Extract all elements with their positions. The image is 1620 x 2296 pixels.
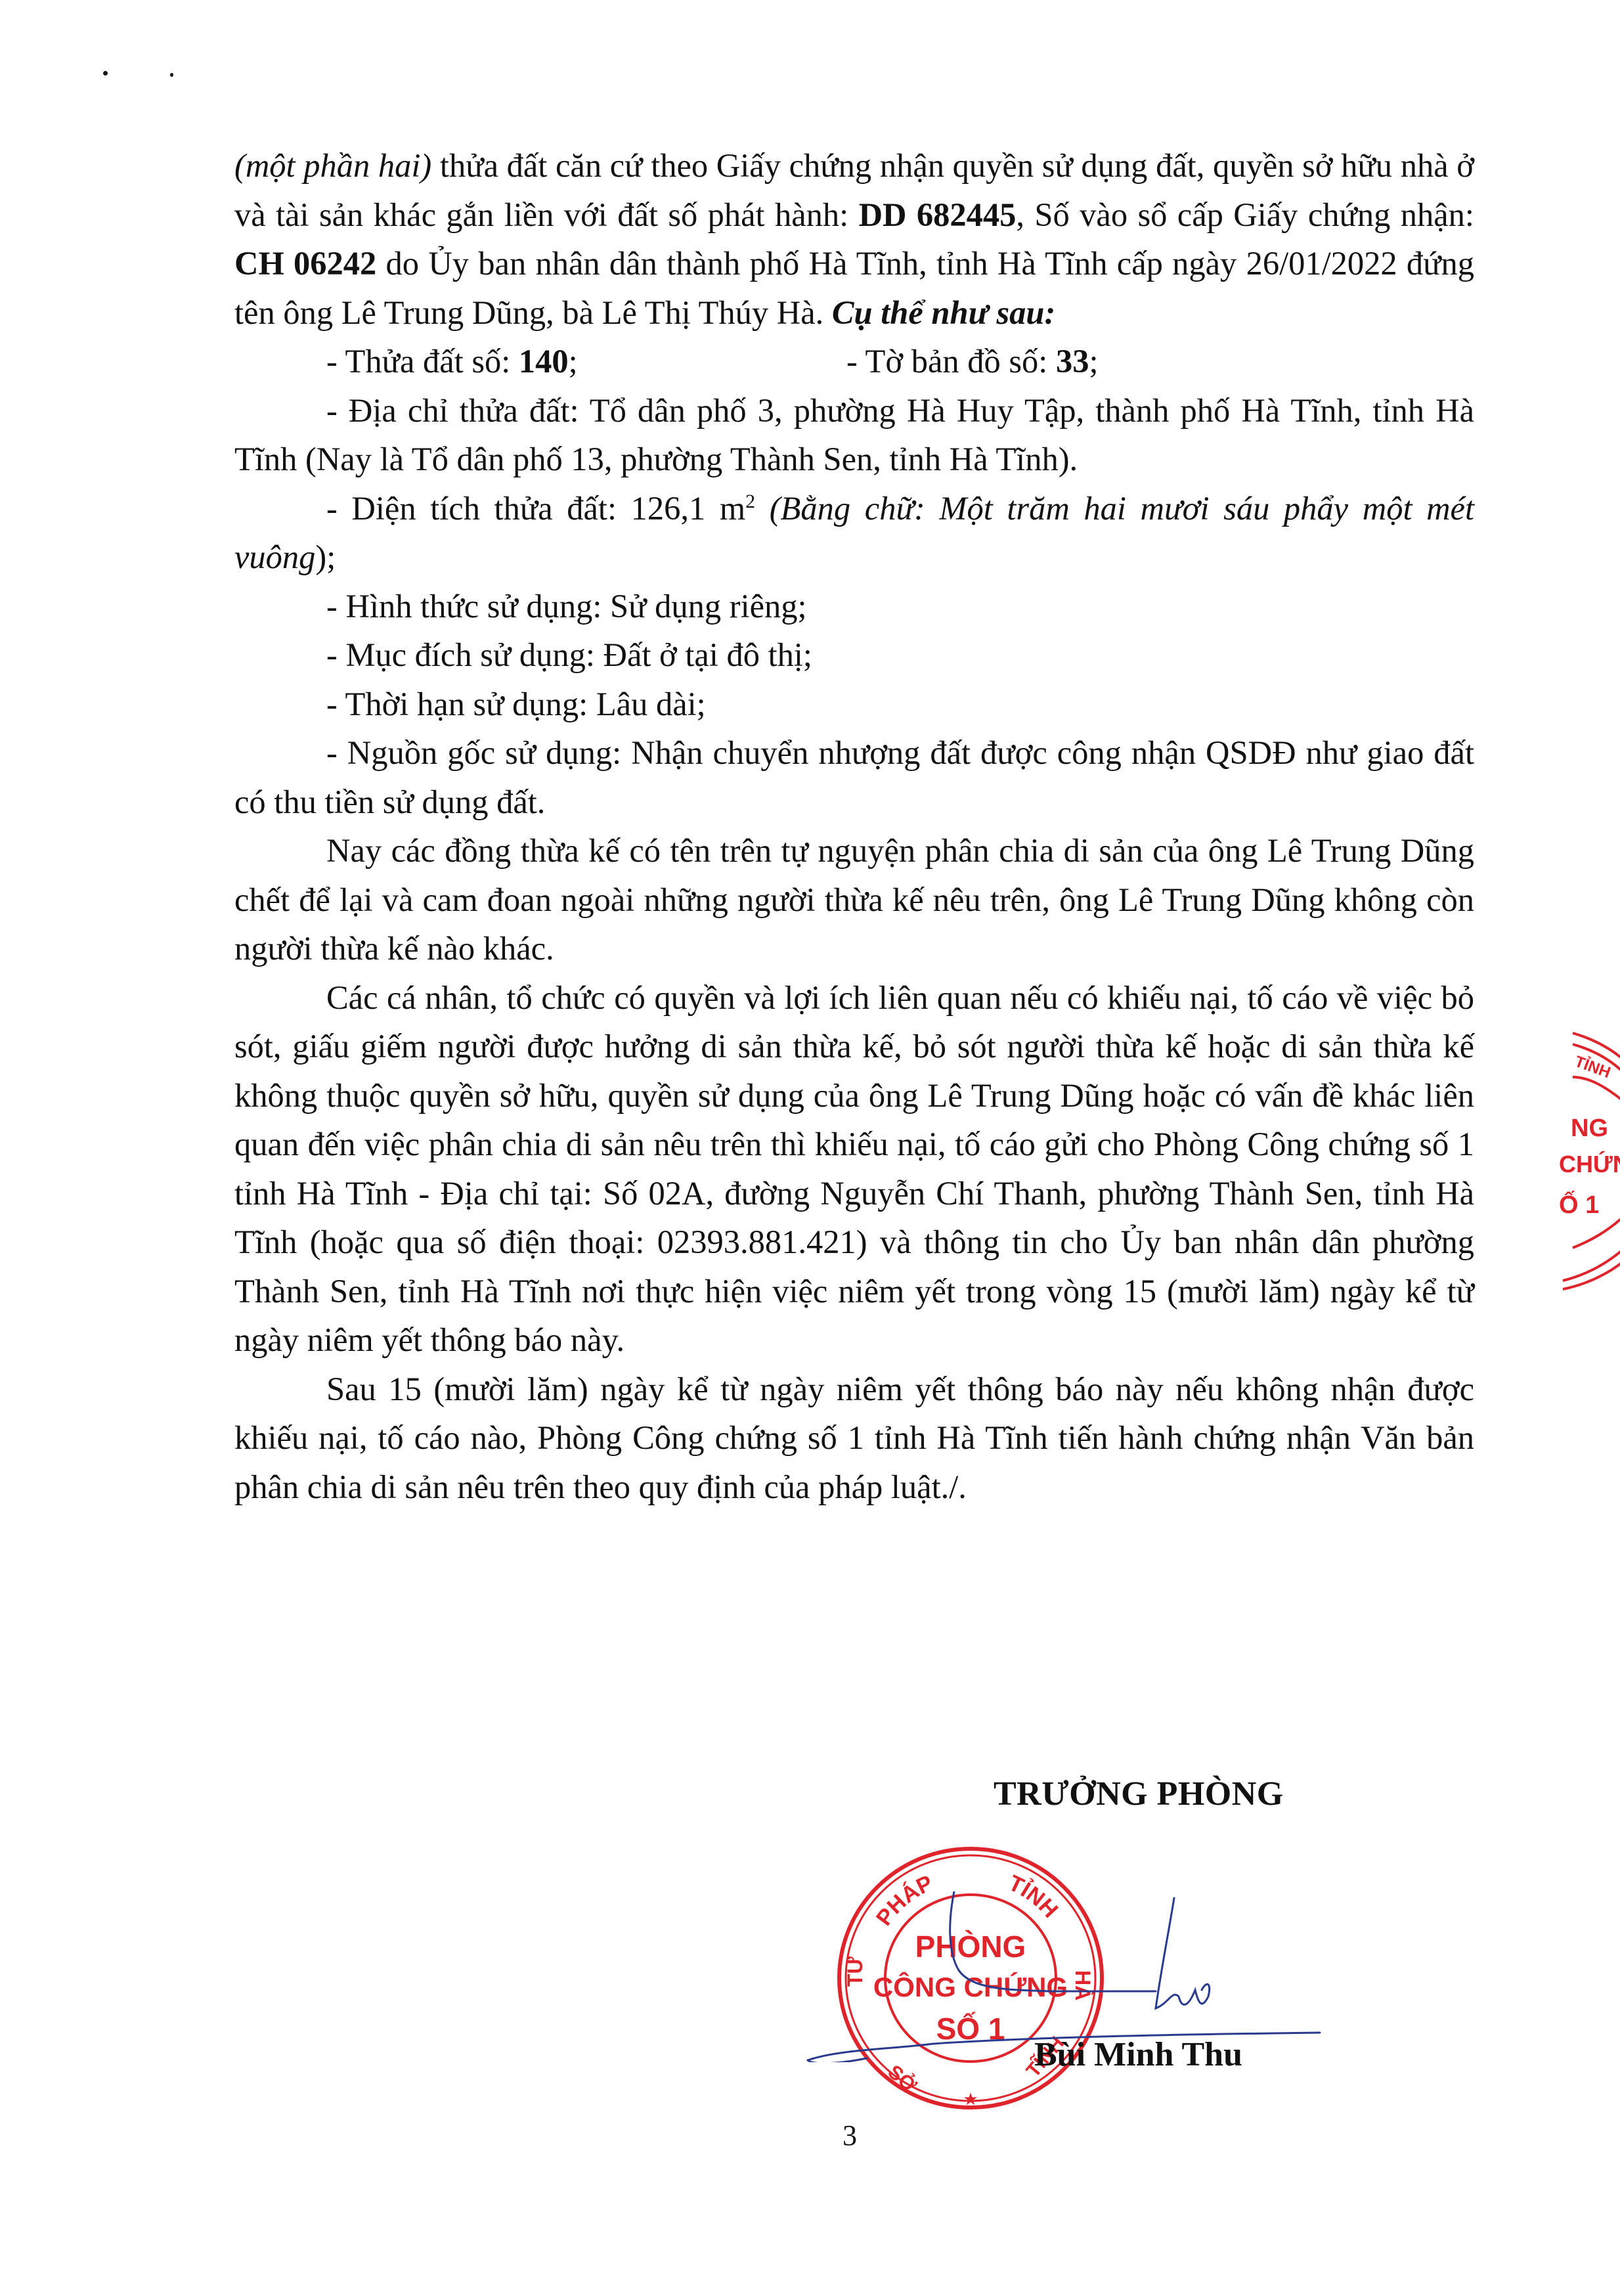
scan-speck	[103, 71, 108, 76]
svg-text:★: ★	[963, 2089, 978, 2109]
use-term: - Thời hạn sử dụng: Lâu dài;	[234, 680, 1474, 729]
complaints-paragraph: Các cá nhân, tổ chức có quyền và lợi ích…	[234, 973, 1474, 1365]
signer-title: TRƯỞNG PHÒNG	[994, 1775, 1284, 1813]
closing-paragraph: Sau 15 (mười lăm) ngày kể từ ngày niêm y…	[234, 1365, 1474, 1512]
signer-name: Bùi Minh Thu	[1034, 2035, 1242, 2074]
parcel-area: - Diện tích thửa đất: 126,1 m2 (Bằng chữ…	[234, 484, 1474, 582]
heirs-paragraph: Nay các đồng thừa kế có tên trên tự nguy…	[234, 826, 1474, 973]
svg-text:SỞ: SỞ	[884, 2060, 921, 2097]
certificate-serial: DD 682445	[859, 196, 1017, 233]
page-number: 3	[843, 2119, 857, 2152]
document-body: (một phần hai) thửa đất căn cứ theo Giấy…	[234, 141, 1474, 1511]
certificate-book-number: CH 06242	[234, 245, 376, 282]
parcel-map-row: - Thửa đất số: 140; - Tờ bản đồ số: 33;	[234, 337, 1474, 386]
certificate-paragraph: (một phần hai) thửa đất căn cứ theo Giấy…	[234, 141, 1474, 337]
side-stamp-fragment: TỈNH NG CHỨN Ố 1	[1556, 1015, 1620, 1304]
use-form: - Hình thức sử dụng: Sử dụng riêng;	[234, 582, 1474, 631]
scan-speck	[170, 73, 173, 77]
use-purpose: - Mục đích sử dụng: Đất ở tại đô thị;	[234, 630, 1474, 680]
parcel-address: - Địa chỉ thửa đất: Tổ dân phố 3, phường…	[234, 386, 1474, 484]
svg-text:Ố 1: Ố 1	[1559, 1189, 1599, 1219]
svg-text:NG: NG	[1571, 1115, 1608, 1142]
map-sheet-number: - Tờ bản đồ số: 33;	[846, 337, 1098, 386]
use-origin: - Nguồn gốc sử dụng: Nhận chuyển nhượng …	[234, 728, 1474, 826]
svg-text:CHỨN: CHỨN	[1559, 1150, 1620, 1178]
parcel-number: - Thửa đất số: 140;	[326, 337, 846, 386]
